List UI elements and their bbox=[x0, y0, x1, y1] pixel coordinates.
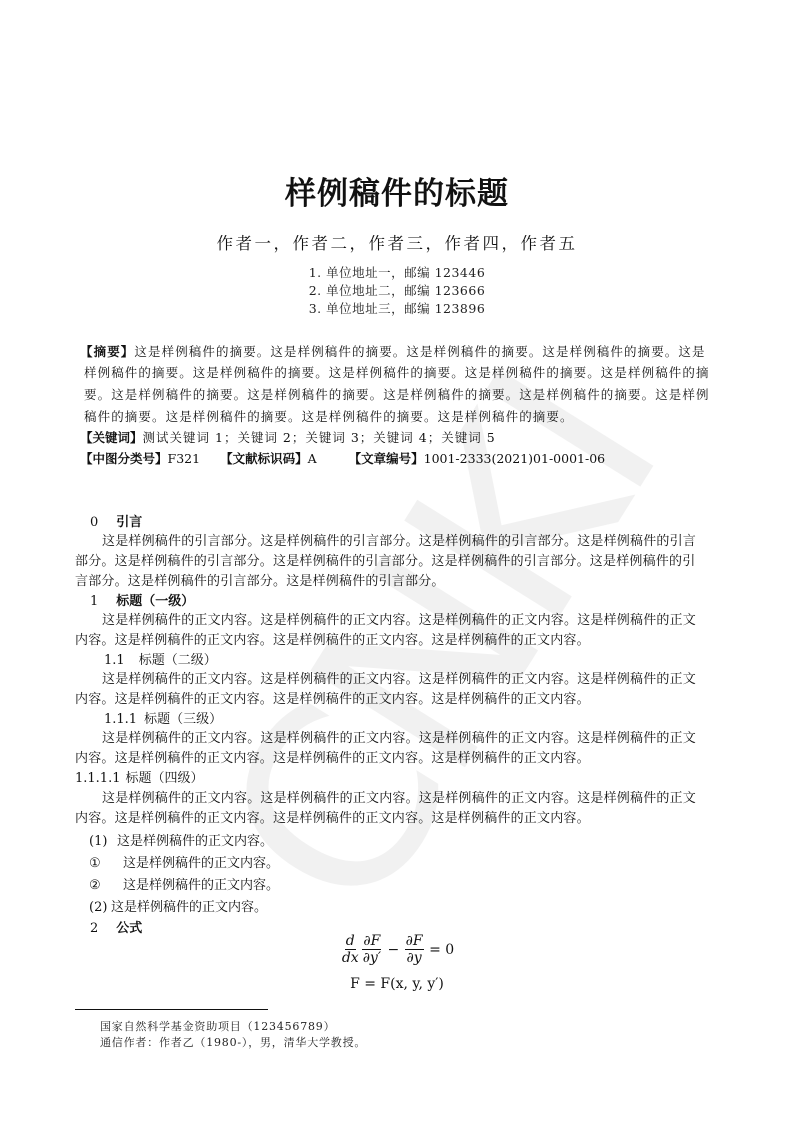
section-heading-1-1: 1.1标题（二级） bbox=[104, 649, 217, 668]
clc-label: 【中图分类号】 bbox=[80, 451, 168, 466]
list-text: 这是样例稿件的正文内容。 bbox=[117, 834, 273, 849]
paper-title: 样例稿件的标题 bbox=[0, 168, 794, 213]
section-title: 标题（二级） bbox=[139, 653, 217, 668]
minus-sign: − bbox=[387, 942, 399, 958]
body-line: 这是样例稿件的正文内容。这是样例稿件的正文内容。这是样例稿件的正文内容。这是样例… bbox=[102, 668, 696, 687]
footnote-corresponding-author: 通信作者：作者乙（1980-），男，清华大学教授。 bbox=[100, 1034, 366, 1050]
abstract-line: 【摘要】这是样例稿件的摘要。这是样例稿件的摘要。这是样例稿件的摘要。这是样例稿件… bbox=[80, 342, 706, 360]
doc-code-label: 【文献标识码】 bbox=[220, 451, 308, 466]
section-heading-1: 1标题（一级） bbox=[90, 590, 194, 609]
section-heading-1-1-1-1: 1.1.1.1标题（四级） bbox=[75, 767, 204, 786]
list-item: ②这是样例稿件的正文内容。 bbox=[89, 874, 279, 893]
footnote-funding: 国家自然科学基金资助项目（123456789） bbox=[100, 1018, 335, 1034]
doc-code-value: A bbox=[308, 451, 317, 466]
paper-page: CNKI 样例稿件的标题 作者一，作者二，作者三，作者四，作者五 1. 单位地址… bbox=[0, 0, 794, 1123]
body-line: 这是样例稿件的正文内容。这是样例稿件的正文内容。这是样例稿件的正文内容。这是样例… bbox=[102, 727, 696, 746]
section-number: 1.1.1.1 bbox=[75, 771, 120, 786]
fraction-d-dx: ddx bbox=[341, 934, 360, 966]
equation-F-definition: F = F(x, y, y′) bbox=[0, 976, 794, 992]
affiliation-1: 1. 单位地址一，邮编 123446 bbox=[0, 263, 794, 281]
list-marker: (2) bbox=[89, 900, 111, 915]
abstract-line: 样例稿件的摘要。这是样例稿件的摘要。这是样例稿件的摘要。这是样例稿件的摘要。这是… bbox=[84, 363, 710, 381]
fraction-dF-dy: ∂F∂y bbox=[405, 934, 424, 966]
section-heading-1-1-1: 1.1.1标题（三级） bbox=[104, 708, 222, 727]
section-title: 标题（一级） bbox=[116, 594, 194, 609]
keywords-label: 【关键词】 bbox=[80, 430, 143, 445]
list-marker: ② bbox=[89, 878, 123, 893]
list-text: 这是样例稿件的正文内容。 bbox=[111, 900, 267, 915]
abstract-line: 稿件的摘要。这是样例稿件的摘要。这是样例稿件的摘要。这是样例稿件的摘要。 bbox=[84, 407, 574, 425]
section-title: 标题（四级） bbox=[125, 771, 203, 786]
section-heading-intro: 0引言 bbox=[90, 511, 142, 530]
classification-line: 【中图分类号】F321【文献标识码】A【文章编号】1001-2333(2021)… bbox=[80, 449, 605, 467]
body-line: 内容。这是样例稿件的正文内容。这是样例稿件的正文内容。这是样例稿件的正文内容。 bbox=[75, 629, 590, 648]
author-list: 作者一，作者二，作者三，作者四，作者五 bbox=[0, 230, 794, 254]
keywords-value: 测试关键词 1；关键词 2；关键词 3；关键词 4；关键词 5 bbox=[143, 430, 496, 445]
fraction-dF-dyprime: ∂F∂y′ bbox=[362, 934, 382, 966]
body-line: 这是样例稿件的正文内容。这是样例稿件的正文内容。这是样例稿件的正文内容。这是样例… bbox=[102, 787, 696, 806]
section-title: 标题（三级） bbox=[144, 712, 222, 727]
body-line: 内容。这是样例稿件的正文内容。这是样例稿件的正文内容。这是样例稿件的正文内容。 bbox=[75, 807, 590, 826]
abstract-label: 【摘要】 bbox=[80, 344, 134, 359]
body-line: 这是样例稿件的引言部分。这是样例稿件的引言部分。这是样例稿件的引言部分。这是样例… bbox=[102, 530, 696, 549]
body-line: 内容。这是样例稿件的正文内容。这是样例稿件的正文内容。这是样例稿件的正文内容。 bbox=[75, 747, 590, 766]
list-text: 这是样例稿件的正文内容。 bbox=[123, 878, 279, 893]
article-no-value: 1001-2333(2021)01-0001-06 bbox=[424, 451, 605, 466]
keywords-line: 【关键词】测试关键词 1；关键词 2；关键词 3；关键词 4；关键词 5 bbox=[80, 428, 496, 446]
list-marker: ① bbox=[89, 856, 123, 871]
body-line: 部分。这是样例稿件的引言部分。这是样例稿件的引言部分。这是样例稿件的引言部分。这… bbox=[75, 550, 695, 569]
body-line: 内容。这是样例稿件的正文内容。这是样例稿件的正文内容。这是样例稿件的正文内容。 bbox=[75, 688, 590, 707]
list-item: ①这是样例稿件的正文内容。 bbox=[89, 852, 279, 871]
affiliation-2: 2. 单位地址二，邮编 123666 bbox=[0, 281, 794, 299]
list-item: (2)这是样例稿件的正文内容。 bbox=[89, 896, 267, 915]
list-text: 这是样例稿件的正文内容。 bbox=[123, 856, 279, 871]
footnote-divider bbox=[75, 1009, 268, 1010]
abstract-text: 这是样例稿件的摘要。这是样例稿件的摘要。这是样例稿件的摘要。这是样例稿件的摘要。… bbox=[134, 344, 705, 359]
article-no-label: 【文章编号】 bbox=[349, 451, 424, 466]
section-number: 1.1.1 bbox=[104, 712, 137, 727]
body-line: 这是样例稿件的正文内容。这是样例稿件的正文内容。这是样例稿件的正文内容。这是样例… bbox=[102, 609, 696, 628]
section-title: 引言 bbox=[116, 515, 142, 530]
affiliation-3: 3. 单位地址三，邮编 123896 bbox=[0, 299, 794, 317]
list-item: (1)这是样例稿件的正文内容。 bbox=[89, 830, 273, 849]
abstract-line: 要。这是样例稿件的摘要。这是样例稿件的摘要。这是样例稿件的摘要。这是样例稿件的摘… bbox=[84, 385, 710, 403]
clc-value: F321 bbox=[168, 451, 201, 466]
section-number: 1 bbox=[90, 594, 98, 609]
list-marker: (1) bbox=[89, 834, 117, 849]
body-line: 言部分。这是样例稿件的引言部分。这是样例稿件的引言部分。 bbox=[75, 570, 445, 589]
section-number: 0 bbox=[90, 515, 98, 530]
equation-rhs: = 0 bbox=[429, 942, 454, 958]
section-number: 1.1 bbox=[104, 653, 125, 668]
equation-euler-lagrange: ddx∂F∂y′ − ∂F∂y = 0 bbox=[0, 934, 794, 966]
